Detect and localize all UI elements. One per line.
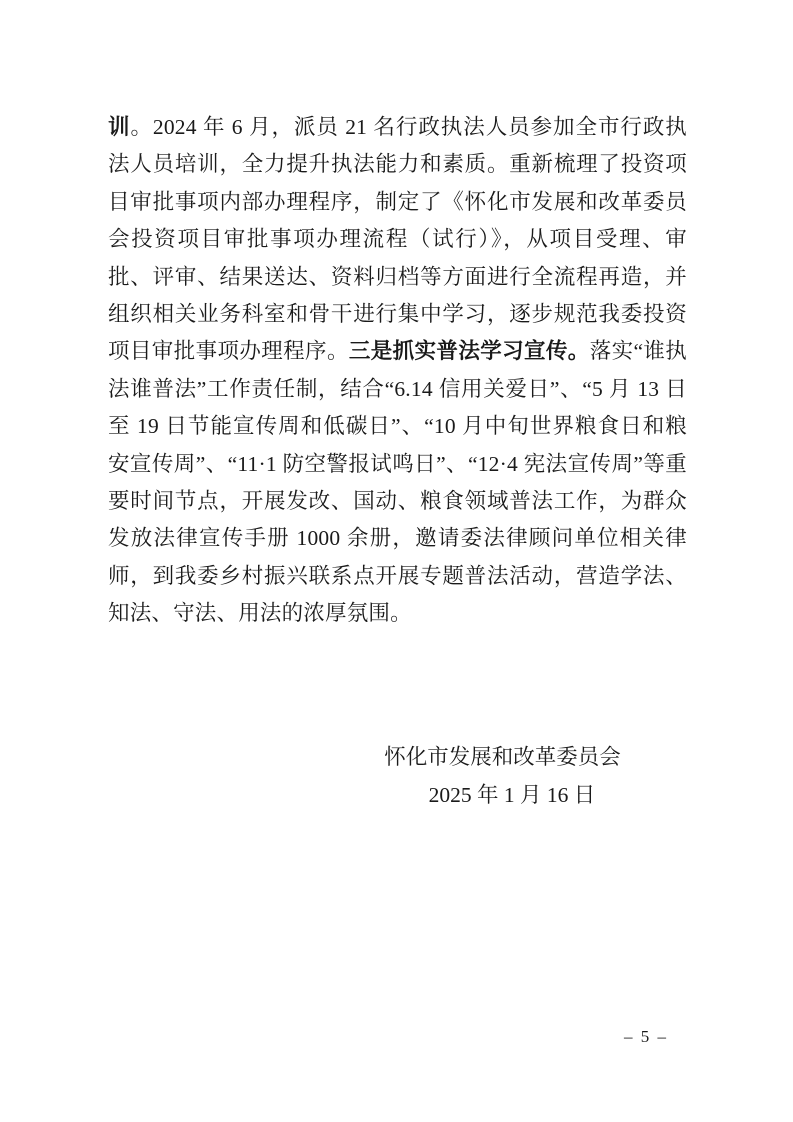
signature-organization: 怀化市发展和改革委员会: [300, 739, 705, 776]
page-number: – 5 –: [624, 1026, 668, 1048]
signature-date: 2025 年 1 月 16 日: [312, 777, 712, 814]
body-paragraph: 训。2024 年 6 月，派员 21 名行政执法人员参加全市行政执法人员培训，全…: [108, 109, 687, 633]
paragraph-part1: 。2024 年 6 月，派员 21 名行政执法人员参加全市行政执法人员培训，全力…: [108, 115, 687, 363]
document-page: 训。2024 年 6 月，派员 21 名行政执法人员参加全市行政执法人员培训，全…: [0, 0, 793, 1122]
paragraph-part2: 落实“谁执法谁普法”工作责任制，结合“6.14 信用关爱日”、“5 月 13 日…: [108, 339, 687, 625]
paragraph-lead-bold: 训: [108, 115, 130, 139]
paragraph-heading-bold: 三是抓实普法学习宣传。: [349, 339, 590, 363]
